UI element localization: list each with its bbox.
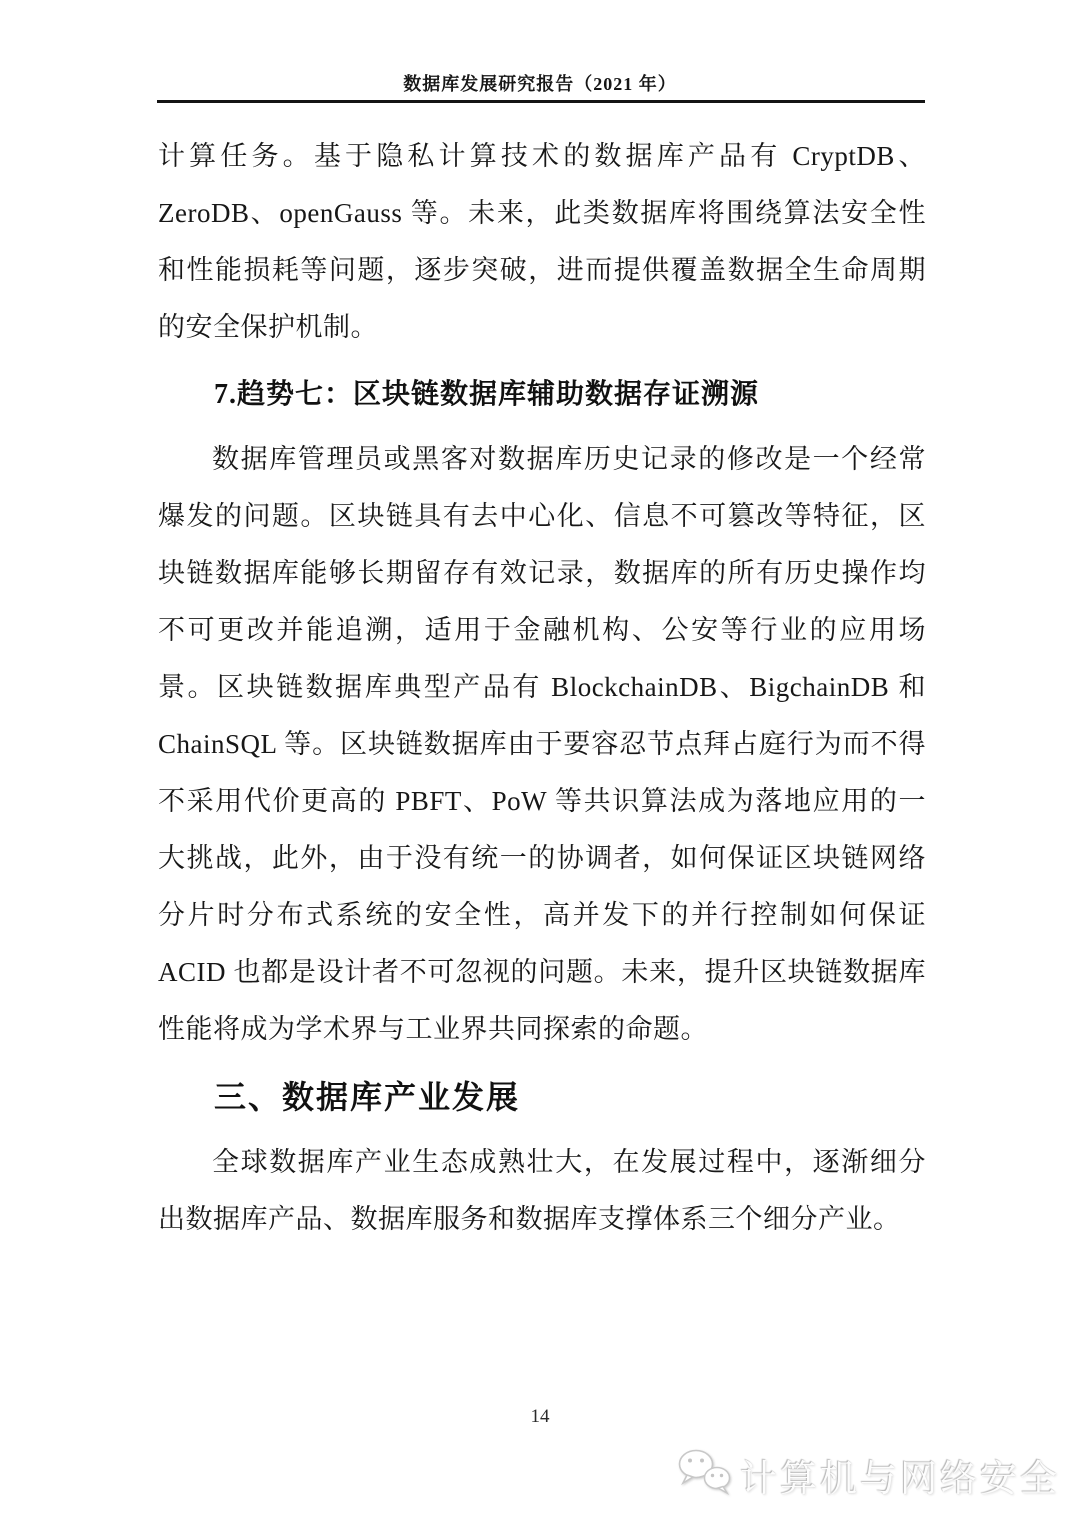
heading-trend-7: 7.趋势七：区块链数据库辅助数据存证溯源 bbox=[158, 366, 926, 423]
header-rule bbox=[157, 100, 925, 103]
watermark-label: 计算机与网络安全 bbox=[740, 1448, 1060, 1502]
paragraph-trend-7: 数据库管理员或黑客对数据库历史记录的修改是一个经常爆发的问题。区块链具有去中心化… bbox=[158, 431, 926, 1058]
body-text-area: 计算任务。基于隐私计算技术的数据库产品有 CryptDB、ZeroDB、open… bbox=[158, 128, 926, 1248]
heading-section-3: 三、数据库产业发展 bbox=[158, 1066, 926, 1128]
paragraph-continuation: 计算任务。基于隐私计算技术的数据库产品有 CryptDB、ZeroDB、open… bbox=[158, 128, 926, 356]
document-page: 数据库发展研究报告（2021 年） 计算任务。基于隐私计算技术的数据库产品有 C… bbox=[0, 0, 1080, 1527]
wechat-logo-icon bbox=[676, 1447, 732, 1502]
running-head-title: 数据库发展研究报告（2021 年） bbox=[0, 70, 1080, 96]
page-number: 14 bbox=[0, 1406, 1080, 1428]
paragraph-section-3: 全球数据库产业生态成熟壮大，在发展过程中，逐渐细分出数据库产品、数据库服务和数据… bbox=[158, 1134, 926, 1248]
watermark: 计算机与网络安全 bbox=[676, 1447, 1060, 1502]
